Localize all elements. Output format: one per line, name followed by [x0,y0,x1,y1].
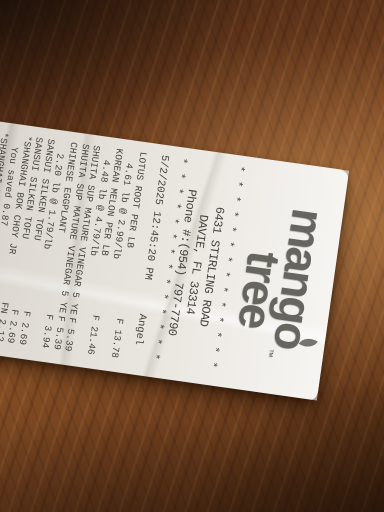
item-price [96,355,107,357]
item-price [73,352,84,354]
trademark-symbol: ™ [265,348,274,358]
cashier-name: Angel [128,313,147,362]
photo-of-receipt: mango ™ tree * * * * * * * * * * * * * *… [0,0,384,512]
receipt-items: LOTUS ROOT PER LB F 13.78 4.61 lb @ 2.99… [0,128,148,358]
store-logo: mango ™ tree [228,168,332,384]
item-price [27,346,38,348]
